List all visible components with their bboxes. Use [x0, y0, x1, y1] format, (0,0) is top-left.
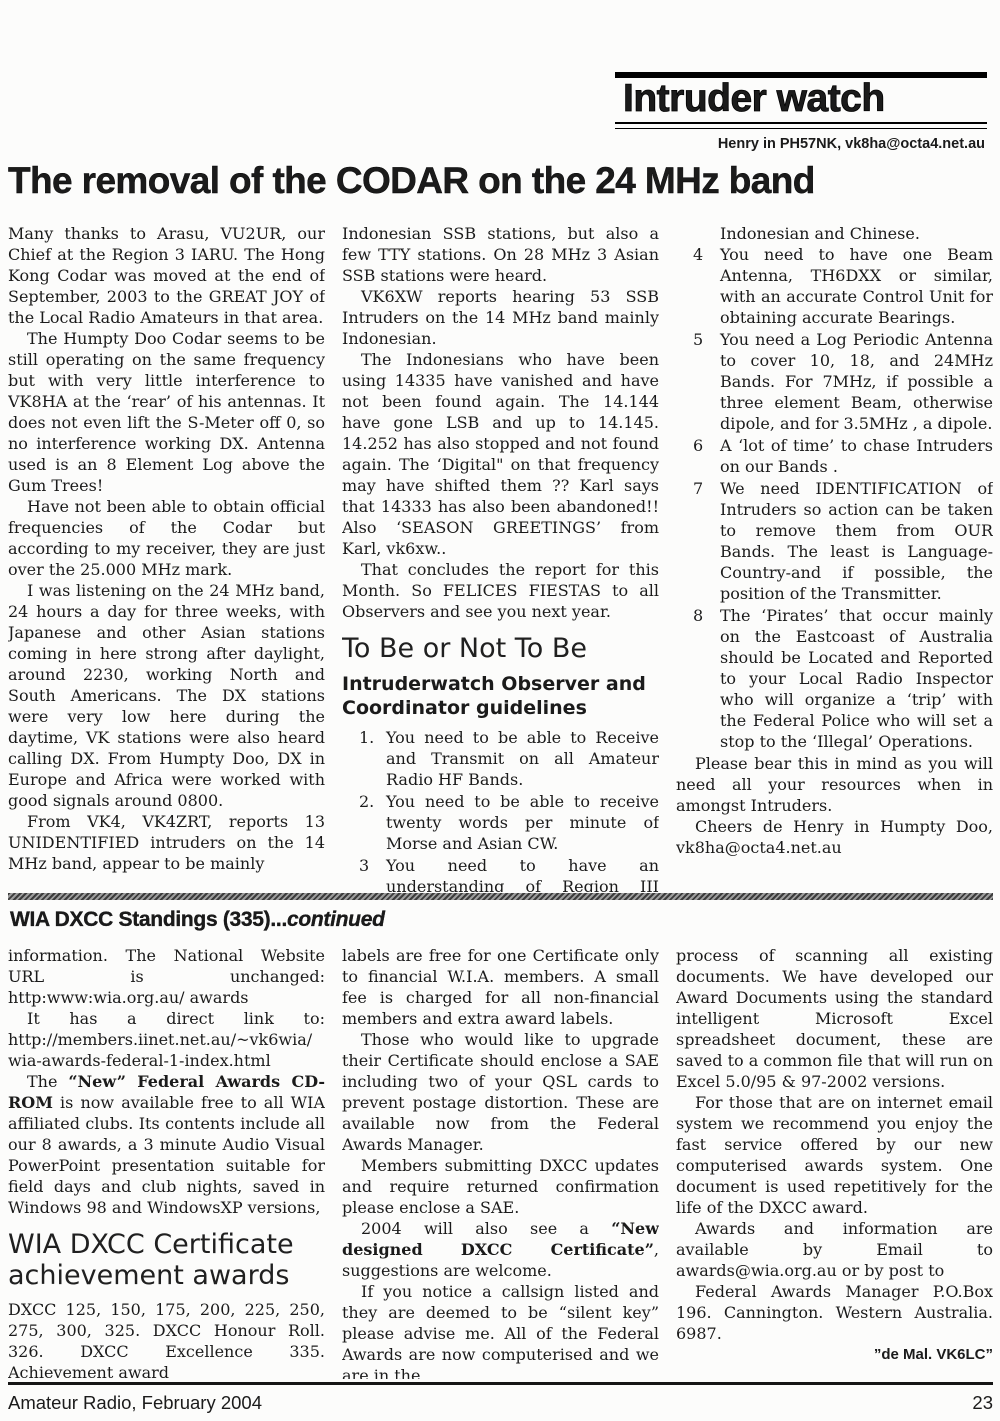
- section-masthead: Intruder watch: [615, 72, 987, 129]
- list-number: 1.: [359, 727, 386, 748]
- subsection-heading: WIA DXCC Certificate achievement awards: [8, 1229, 325, 1291]
- column-4: information. The National Website URL is…: [8, 945, 325, 1379]
- text-run: 2004 will also see a: [361, 1219, 611, 1238]
- paragraph: Members submitting DXCC updates and requ…: [342, 1155, 659, 1218]
- list-number: 8: [693, 605, 720, 626]
- column-2: Indonesian SSB stations, but also a few …: [342, 223, 659, 892]
- byline: Henry in PH57NK, vk8ha@octa4.net.au: [718, 136, 985, 152]
- paragraph: Federal Awards Manager P.O.Box 196. Cann…: [676, 1281, 993, 1344]
- paragraph: The Humpty Doo Codar seems to be still o…: [8, 328, 325, 496]
- list-item: 7We need IDENTIFICATION of Intruders so …: [676, 478, 993, 604]
- paragraph: labels are free for one Certificate only…: [342, 945, 659, 1029]
- footer-journal-title: Amateur Radio, February 2004: [8, 1392, 262, 1414]
- section-divider: [8, 893, 993, 900]
- column-6: process of scanning all existing documen…: [676, 945, 993, 1379]
- list-number: 7: [693, 478, 720, 499]
- list-number: 3: [359, 855, 386, 876]
- list-item: 8The ‘Pirates’ that occur mainly on the …: [676, 605, 993, 752]
- list-item: 2.You need to be able to receive twenty …: [342, 791, 659, 854]
- masthead-title: Intruder watch: [615, 72, 987, 122]
- section-title-main: WIA DXCC Standings (335)...: [10, 908, 287, 931]
- text-run: The: [27, 1072, 68, 1091]
- paragraph: Those who would like to upgrade their Ce…: [342, 1029, 659, 1155]
- article-body: Many thanks to Arasu, VU2UR, our Chief a…: [8, 223, 993, 892]
- paragraph: Please bear this in mind as you will nee…: [676, 753, 993, 816]
- paragraph: Many thanks to Arasu, VU2UR, our Chief a…: [8, 223, 325, 328]
- paragraph: The “New” Federal Awards CD-ROM is now a…: [8, 1071, 325, 1218]
- section2-body: information. The National Website URL is…: [8, 945, 993, 1379]
- list-item: 4You need to have one Beam Antenna, TH6D…: [676, 244, 993, 328]
- footer-page-number: 23: [972, 1392, 993, 1414]
- paragraph: The Indonesians who have been using 1433…: [342, 349, 659, 559]
- list-item: 1.You need to be able to Receive and Tra…: [342, 727, 659, 790]
- paragraph: process of scanning all existing documen…: [676, 945, 993, 1092]
- paragraph: DXCC 125, 150, 175, 200, 225, 250, 275, …: [8, 1299, 325, 1379]
- list-number: 4: [693, 244, 720, 265]
- guidelines-heading: Intruderwatch Observer and Coordinator g…: [342, 672, 659, 720]
- list-item: 6A ‘lot of time’ to chase Intruders on o…: [676, 435, 993, 477]
- paragraph: Cheers de Henry in Humpty Doo, vk8ha@oct…: [676, 816, 993, 858]
- article-title: The removal of the CODAR on the 24 MHz b…: [8, 158, 992, 204]
- paragraph: Indonesian SSB stations, but also a few …: [342, 223, 659, 286]
- paragraph: From VK4, VK4ZRT, reports 13 UNIDENTIFIE…: [8, 811, 325, 874]
- list-item-continuation: Indonesian and Chinese.: [676, 223, 993, 244]
- paragraph: ”de Mal. VK6LC”: [676, 1344, 993, 1365]
- paragraph: That concludes the report for this Month…: [342, 559, 659, 622]
- section-title: WIA DXCC Standings (335)...continued: [10, 908, 385, 932]
- section-title-continued: continued: [287, 908, 385, 931]
- paragraph: Have not been able to obtain official fr…: [8, 496, 325, 580]
- list-item: 5You need a Log Periodic Antenna to cove…: [676, 329, 993, 434]
- paragraph: I was listening on the 24 MHz band, 24 h…: [8, 580, 325, 811]
- column-3: Indonesian and Chinese.4You need to have…: [676, 223, 993, 892]
- list-number: 2.: [359, 791, 386, 812]
- page-footer: Amateur Radio, February 2004 23: [8, 1382, 993, 1414]
- masthead-underline: [615, 122, 987, 129]
- subsection-heading: To Be or Not To Be: [342, 633, 659, 664]
- text-run: is now available free to all WIA affilia…: [8, 1093, 325, 1217]
- column-5: labels are free for one Certificate only…: [342, 945, 659, 1379]
- paragraph: Awards and information are available by …: [676, 1218, 993, 1281]
- list-item: 3You need to have an understanding of Re…: [342, 855, 659, 892]
- paragraph: If you notice a callsign listed and they…: [342, 1281, 659, 1379]
- list-number: 6: [693, 435, 720, 456]
- paragraph: information. The National Website URL is…: [8, 945, 325, 1008]
- paragraph: It has a direct link to: http://members.…: [8, 1008, 325, 1071]
- magazine-page: Intruder watch Henry in PH57NK, vk8ha@oc…: [0, 0, 1000, 1421]
- list-number: 5: [693, 329, 720, 350]
- paragraph: VK6XW reports hearing 53 SSB Intruders o…: [342, 286, 659, 349]
- column-1: Many thanks to Arasu, VU2UR, our Chief a…: [8, 223, 325, 892]
- paragraph: For those that are on internet email sys…: [676, 1092, 993, 1218]
- paragraph: 2004 will also see a “New designed DXCC …: [342, 1218, 659, 1281]
